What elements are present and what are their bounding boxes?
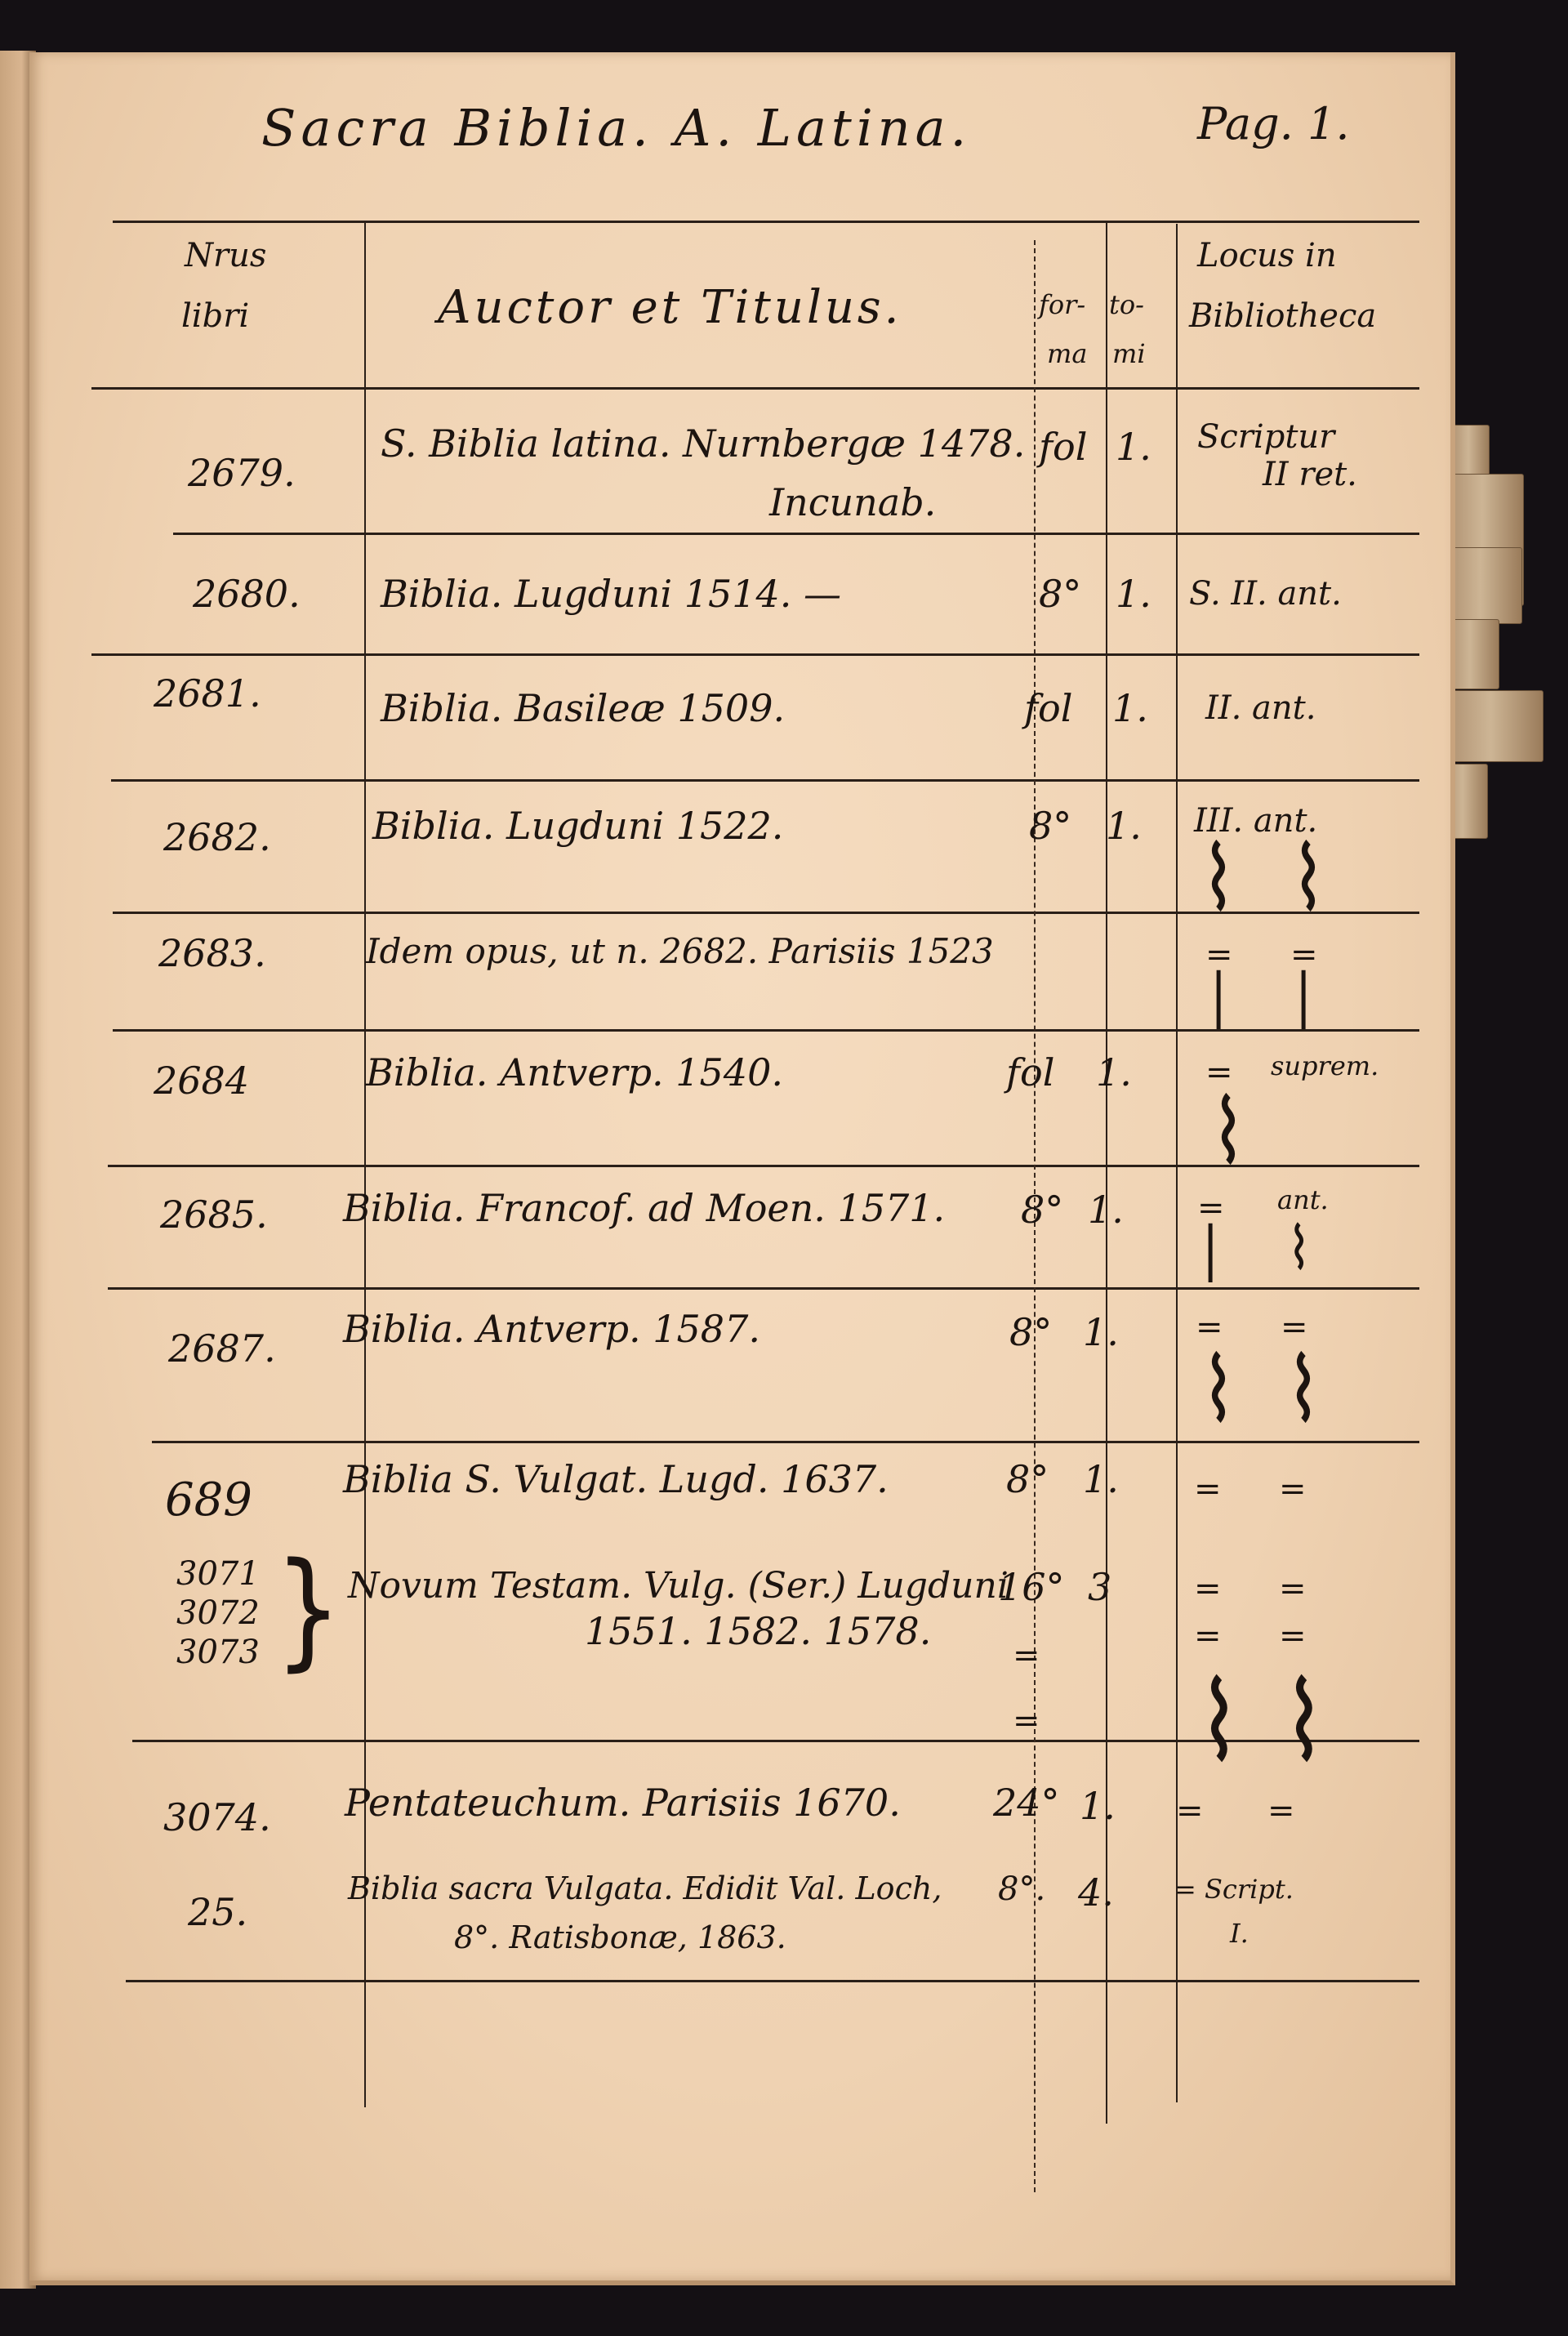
ditto-mark: = [1194, 1617, 1222, 1655]
header-format-1: for- [1039, 289, 1085, 320]
row-title: Biblia S. Vulgat. Lugd. 1637. [343, 1457, 889, 1501]
ditto-brace: ⌇ [1200, 828, 1236, 931]
row-title: Biblia. Lugduni 1514. — [381, 572, 841, 616]
row-number-1: 3071 [176, 1555, 260, 1593]
row-number: 2682. [163, 815, 271, 859]
row-title: Novum Testam. Vulg. (Ser.) Lugduni [348, 1565, 1009, 1607]
number-group-brace: } [274, 1535, 342, 1683]
rule-row [108, 1287, 1419, 1290]
ditto-mark: = [1267, 1792, 1295, 1830]
row-format: 8° [1029, 804, 1071, 848]
row-volumes: 1. [1096, 1050, 1132, 1094]
rule-header-top [113, 221, 1419, 223]
ditto-mark: = [1176, 1792, 1204, 1830]
row-location: = Script. [1174, 1874, 1294, 1905]
ditto-mark: = [1013, 1637, 1040, 1674]
row-volumes: 1. [1080, 1784, 1116, 1828]
ditto-mark: = [1013, 1702, 1040, 1740]
rule-header-bottom [91, 387, 1419, 390]
row-title: Biblia. Antverp. 1587. [343, 1307, 760, 1351]
ditto-mark: = [1279, 1570, 1307, 1607]
ditto-mark: = [1194, 1470, 1222, 1508]
row-number: 3074. [163, 1795, 271, 1839]
ditto-mark: = [1279, 1617, 1307, 1655]
rule-row [126, 1980, 1419, 1982]
rule-row [111, 779, 1419, 782]
header-location-1: Locus in [1197, 237, 1337, 274]
row-location-cont: II ret. [1263, 456, 1357, 493]
row-number: 689 [165, 1473, 252, 1527]
row-title: Biblia sacra Vulgata. Edidit Val. Loch, [348, 1870, 942, 1906]
row-number: 2685. [160, 1193, 268, 1237]
row-location: ant. [1277, 1184, 1329, 1215]
ditto-brace: ⌇ [1285, 1340, 1321, 1442]
row-format: 8° [1009, 1310, 1052, 1354]
row-number: 2679. [188, 451, 296, 495]
row-title: Biblia. Lugduni 1522. [372, 804, 783, 848]
row-title-cont: 8°. Ratisbonæ, 1863. [454, 1919, 786, 1955]
row-format: fol [1006, 1050, 1054, 1094]
row-number: 2681. [154, 671, 261, 716]
row-number: 2683. [158, 931, 266, 975]
ditto-brace: ⌇ [1287, 1215, 1311, 1283]
header-volumes-2: mi [1112, 338, 1146, 369]
ditto-brace: ⌇ [1197, 1659, 1241, 1785]
ditto-brace: ⌇ [1210, 1081, 1246, 1184]
row-format: fol [1024, 686, 1072, 730]
ditto-mark: = [1194, 1570, 1222, 1607]
row-location: S. II. ant. [1189, 575, 1342, 613]
ditto-brace: ⌇ [1282, 1659, 1326, 1785]
row-format: 24° [993, 1781, 1060, 1825]
row-format: 8° [1006, 1457, 1049, 1501]
header-format-2: ma [1047, 338, 1087, 369]
row-volumes: 4. [1078, 1870, 1114, 1915]
ditto-brace: | [1202, 1215, 1218, 1283]
row-format: 16° [998, 1565, 1065, 1609]
col-divider-volumes [1106, 221, 1107, 2124]
row-title-cont: Incunab. [769, 480, 936, 524]
header-author-title: Auctor et Titulus. [438, 281, 902, 334]
row-volumes: 3 [1088, 1565, 1111, 1609]
row-title: Idem opus, ut n. 2682. Parisiis 1523 [366, 931, 994, 971]
row-volumes: 1. [1116, 425, 1151, 469]
row-title: Biblia. Antverp. 1540. [366, 1050, 783, 1094]
row-title: Pentateuchum. Parisiis 1670. [345, 1781, 901, 1825]
header-number-2: libri [181, 297, 249, 335]
row-volumes: 1. [1083, 1457, 1119, 1501]
row-title: Biblia. Basileæ 1509. [381, 686, 785, 730]
row-number-3: 3073 [176, 1634, 260, 1671]
ditto-brace: ⌇ [1290, 828, 1326, 931]
row-location: Scriptur [1197, 418, 1334, 456]
row-number-2: 3072 [176, 1594, 260, 1632]
rule-row [91, 653, 1419, 656]
page-number: Pag. 1. [1197, 98, 1350, 149]
row-title: Biblia. Francof. ad Moen. 1571. [343, 1186, 945, 1230]
row-format: 8° [1021, 1188, 1063, 1232]
header-location-2: Bibliotheca [1189, 297, 1376, 335]
row-number: 2687. [168, 1326, 276, 1371]
row-number: 2680. [193, 572, 301, 616]
row-volumes: 1. [1116, 572, 1151, 616]
ditto-brace: ⌇ [1200, 1340, 1236, 1442]
row-title-cont: 1551. 1582. 1578. [585, 1609, 931, 1653]
row-volumes: 1. [1083, 1310, 1119, 1354]
row-number: 2684 [154, 1059, 249, 1103]
row-volumes: 1. [1088, 1188, 1124, 1232]
row-volumes: 1. [1112, 686, 1148, 730]
row-location: II. ant. [1205, 689, 1316, 727]
row-location: suprem. [1271, 1050, 1379, 1081]
header-volumes-1: to- [1109, 289, 1144, 320]
row-format: 8° [1039, 572, 1081, 616]
header-number-1: Nrus [185, 237, 266, 274]
rule-row [173, 533, 1419, 535]
page-title: Sacra Biblia. A. Latina. [261, 98, 971, 158]
row-number: 25. [188, 1890, 247, 1934]
ditto-mark: = [1279, 1470, 1307, 1508]
ditto-brace: | [1295, 961, 1312, 1030]
row-title: S. Biblia latina. Nurnbergæ 1478. [381, 421, 1025, 466]
row-format: fol [1039, 425, 1087, 469]
ledger-page: Sacra Biblia. A. Latina. Pag. 1. Nrus li… [29, 52, 1455, 2285]
row-location-cont: I. [1230, 1918, 1249, 1949]
row-format: 8°. [998, 1870, 1045, 1908]
ditto-brace: | [1210, 961, 1227, 1030]
row-volumes: 1. [1106, 804, 1142, 848]
